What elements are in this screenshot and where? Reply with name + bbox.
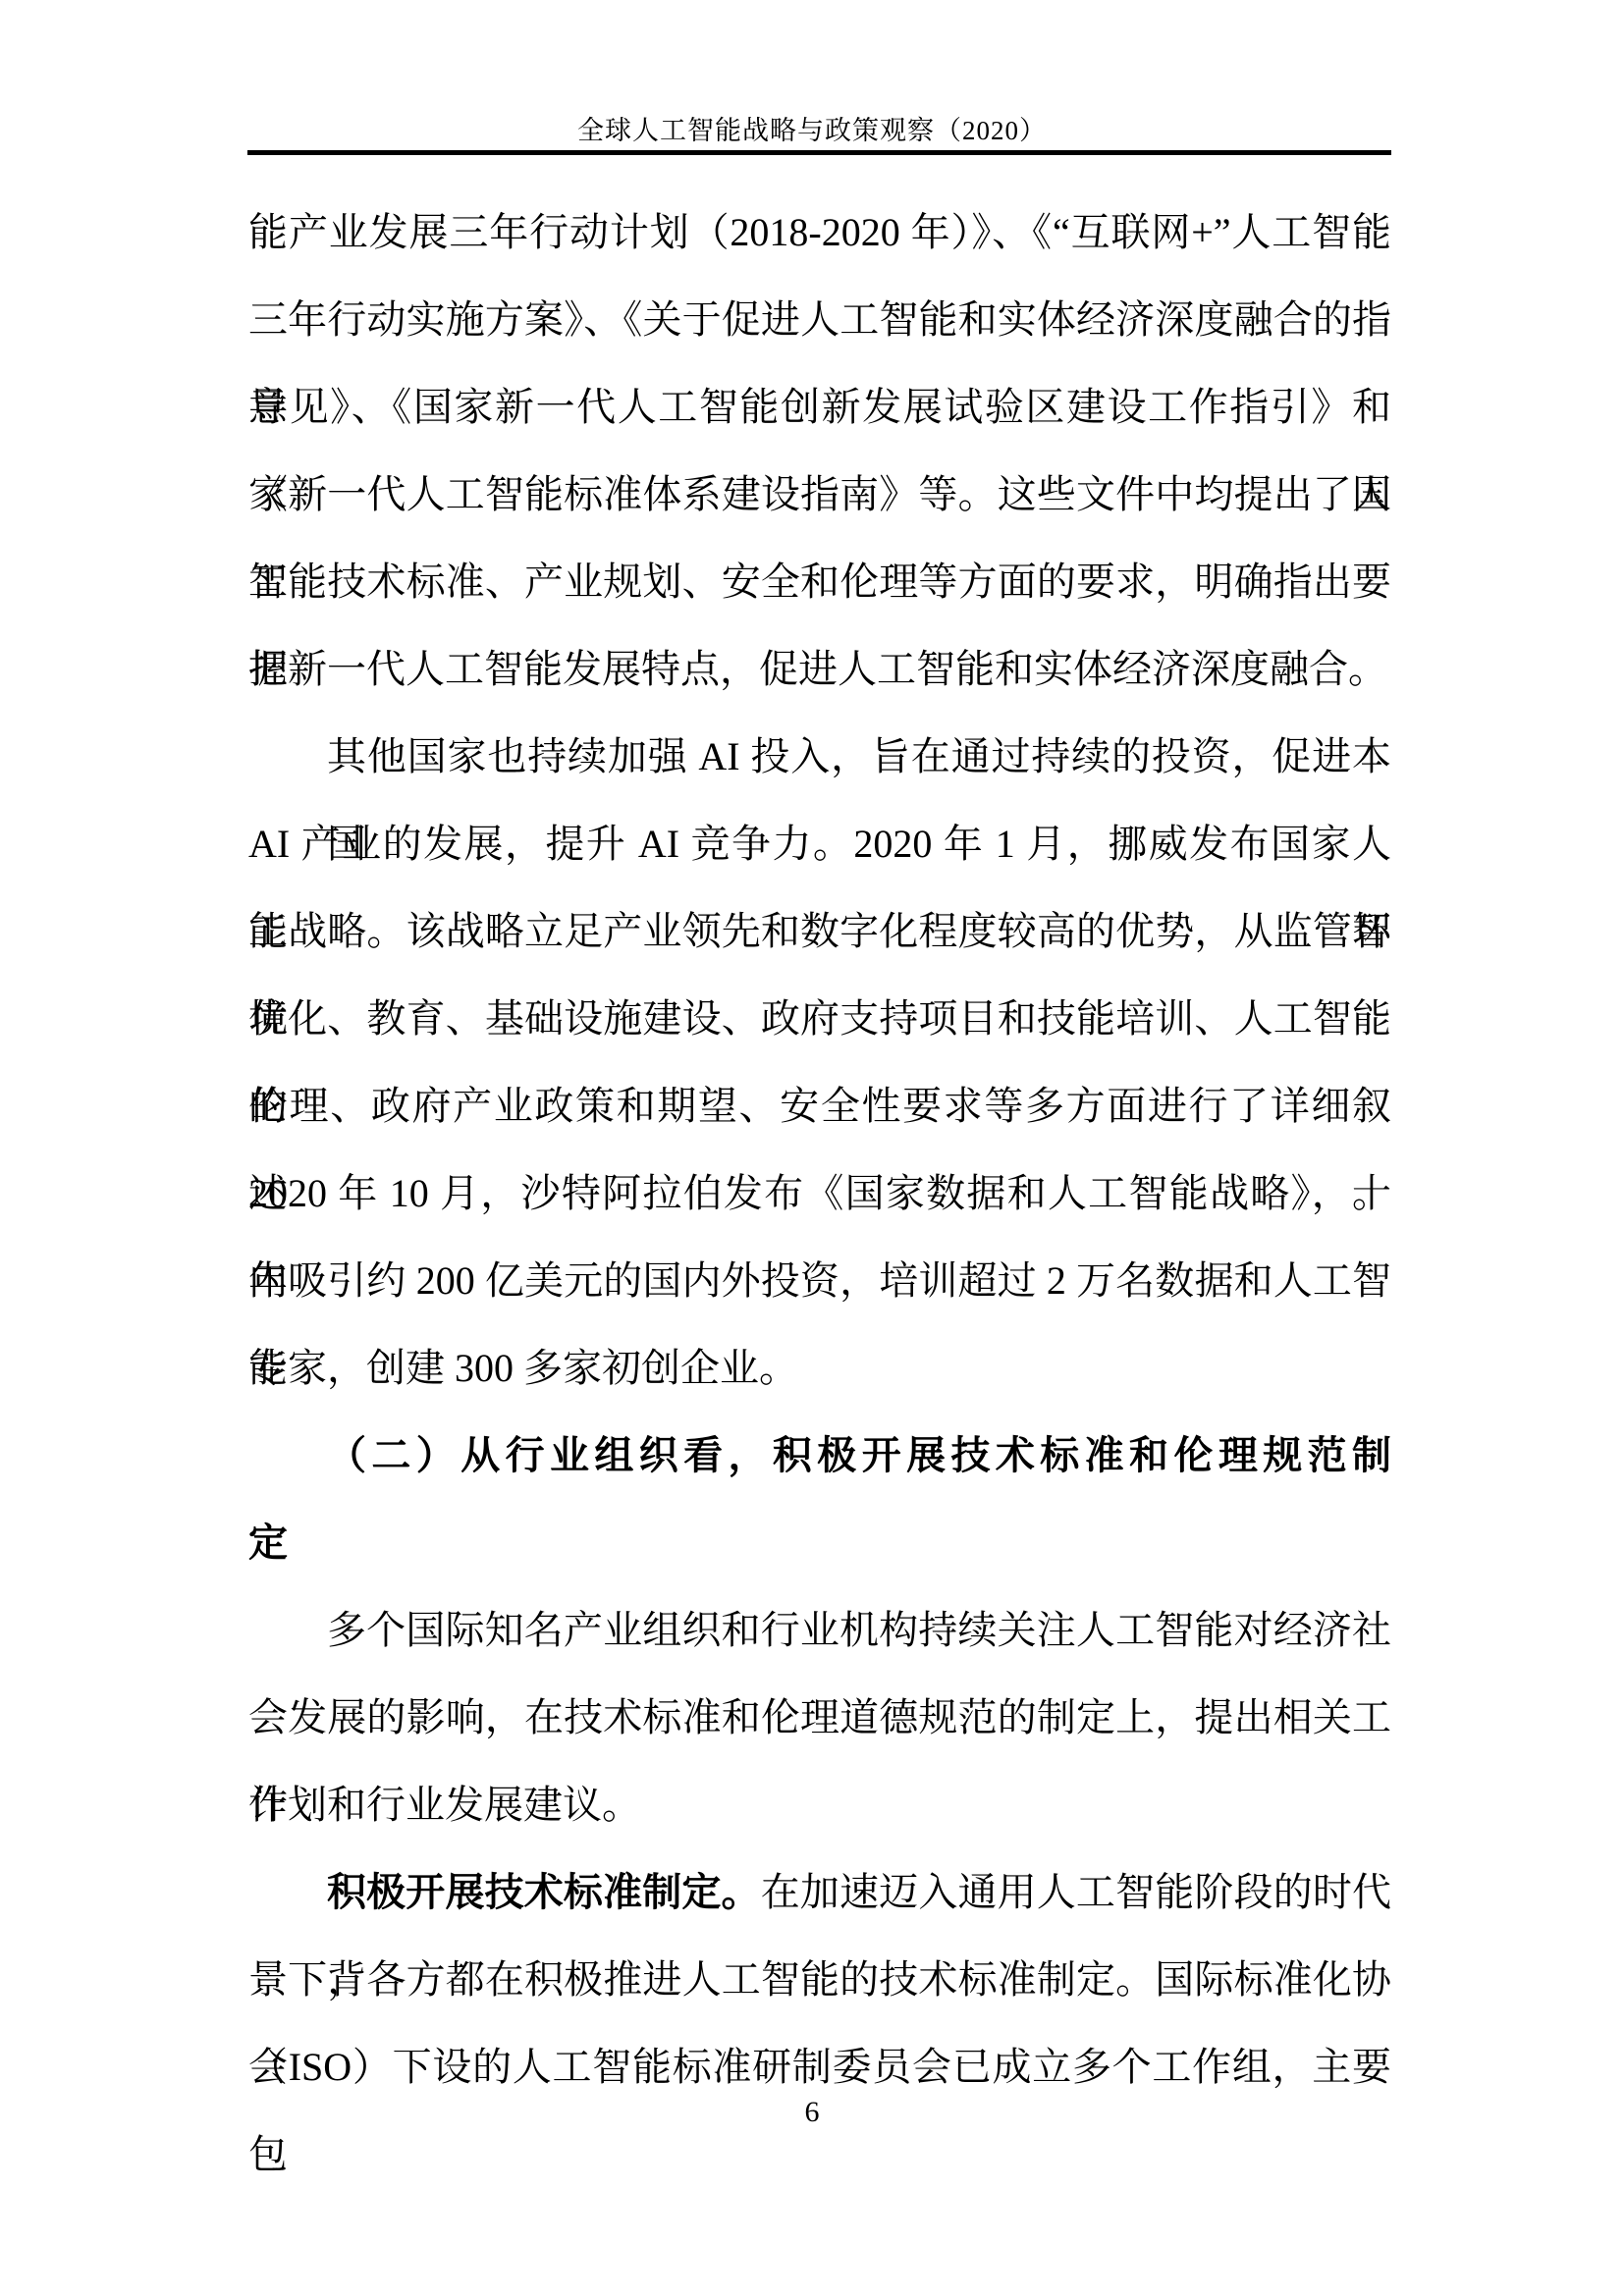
paragraph-line: 2020 年 10 月，沙特阿拉伯发布《国家数据和人工智能战略》，十年: [248, 1149, 1391, 1237]
document-body: 能产业发展三年行动计划（2018-2020 年）》、《“互联网+”人工智能三年行…: [248, 188, 1391, 2110]
paragraph-line: 积极开展技术标准制定。在加速迈入通用人工智能阶段的时代背: [248, 1848, 1391, 1936]
paragraph-line: 其他国家也持续加强 AI 投入，旨在通过持续的投资，促进本国: [248, 713, 1391, 800]
heading-line: 定: [248, 1499, 1391, 1586]
paragraph-line: 计划和行业发展建议。: [248, 1761, 1391, 1848]
text-run: 能产业发展三年行动计划（2018-2020 年）》、《“互联网+”人工智能: [248, 210, 1391, 254]
paragraph-line: 会发展的影响，在技术标准和伦理道德规范的制定上，提出相关工作: [248, 1674, 1391, 1761]
paragraph-line: AI 产业的发展，提升 AI 竞争力。2020 年 1 月，挪威发布国家人工智: [248, 800, 1391, 887]
paragraph-line: 优化、教育、基础设施建设、政府支持项目和技能培训、人工智能的: [248, 975, 1391, 1062]
paragraph-line: 意见》、《国家新一代人工智能创新发展试验区建设工作指引》和《国: [248, 363, 1391, 451]
paragraph-line: 能产业发展三年行动计划（2018-2020 年）》、《“互联网+”人工智能: [248, 188, 1391, 276]
heading-line: （二）从行业组织看，积极开展技术标准和伦理规范制: [248, 1412, 1391, 1499]
header-rule: [247, 150, 1391, 155]
paragraph-line: 内吸引约 200 亿美元的国内外投资，培训超过 2 万名数据和人工智能: [248, 1237, 1391, 1324]
page-header-title: 全球人工智能战略与政策观察（2020）: [0, 116, 1624, 145]
paragraph-line: 多个国际知名产业组织和行业机构持续关注人工智能对经济社: [248, 1586, 1391, 1674]
paragraph-line: 能战略。该战略立足产业领先和数字化程度较高的优势，从监管环境: [248, 887, 1391, 975]
text-run: 计划和行业发展建议。: [248, 1783, 641, 1827]
bold-text-run: 积极开展技术标准制定。: [327, 1870, 761, 1914]
paragraph-line: 家新一代人工智能标准体系建设指南》等。这些文件中均提出了人工: [248, 451, 1391, 538]
paragraph-line: 三年行动实施方案》、《关于促进人工智能和实体经济深度融合的指导: [248, 276, 1391, 363]
document-page: 全球人工智能战略与政策观察（2020） 能产业发展三年行动计划（2018-202…: [0, 0, 1624, 2296]
text-run: （二）从行业组织看，积极开展技术标准和伦理规范制: [327, 1433, 1391, 1477]
page-number: 6: [0, 2095, 1624, 2130]
paragraph-line: 伦理、政府产业政策和期望、安全性要求等多方面进行了详细叙述。: [248, 1062, 1391, 1149]
paragraph-line: 专家，创建 300 多家初创企业。: [248, 1324, 1391, 1412]
text-run: 定: [248, 1521, 288, 1565]
paragraph-line: 智能技术标准、产业规划、安全和伦理等方面的要求，明确指出要把: [248, 538, 1391, 625]
text-run: 专家，创建 300 多家初创企业。: [248, 1346, 798, 1390]
text-run: 多个国际知名产业组织和行业机构持续关注人工智能对经济社: [327, 1608, 1391, 1652]
paragraph-line: 握新一代人工智能发展特点，促进人工智能和实体经济深度融合。: [248, 625, 1391, 713]
paragraph-line: 景下，各方都在积极推进人工智能的技术标准制定。国际标准化协会: [248, 1936, 1391, 2023]
text-run: 握新一代人工智能发展特点，促进人工智能和实体经济深度融合。: [248, 647, 1387, 691]
